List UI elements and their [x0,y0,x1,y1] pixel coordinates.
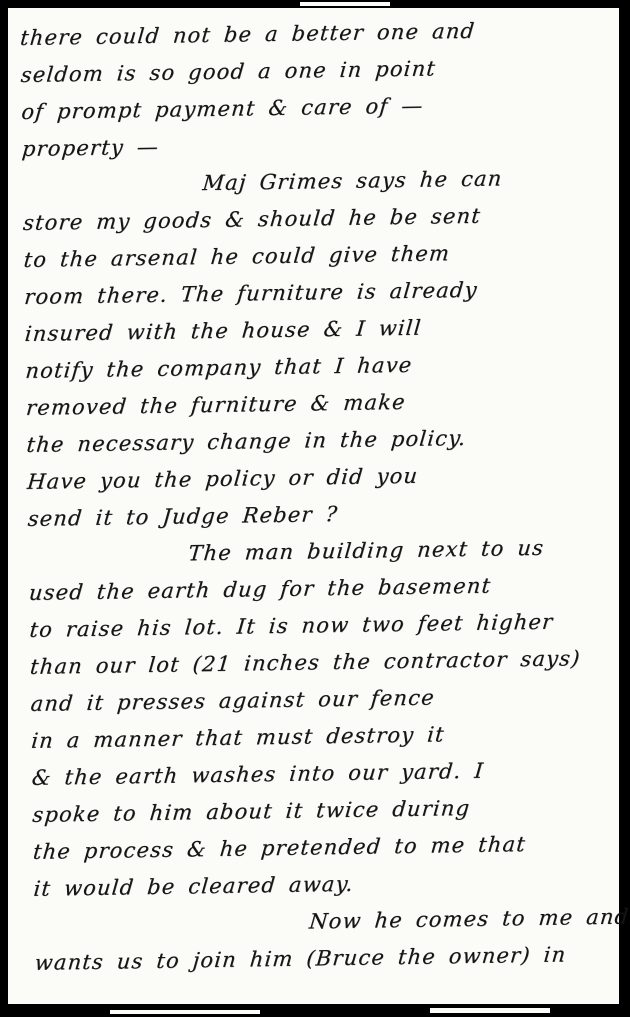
scan-border-artifact [430,1008,550,1013]
scan-border-artifact [300,2,390,6]
scan-border-artifact [110,1010,260,1014]
scanned-letter-page: there could not be a better one andseldo… [0,0,630,1017]
letter-paper: there could not be a better one andseldo… [8,8,619,1004]
handwriting-block: there could not be a better one andseldo… [18,11,630,982]
